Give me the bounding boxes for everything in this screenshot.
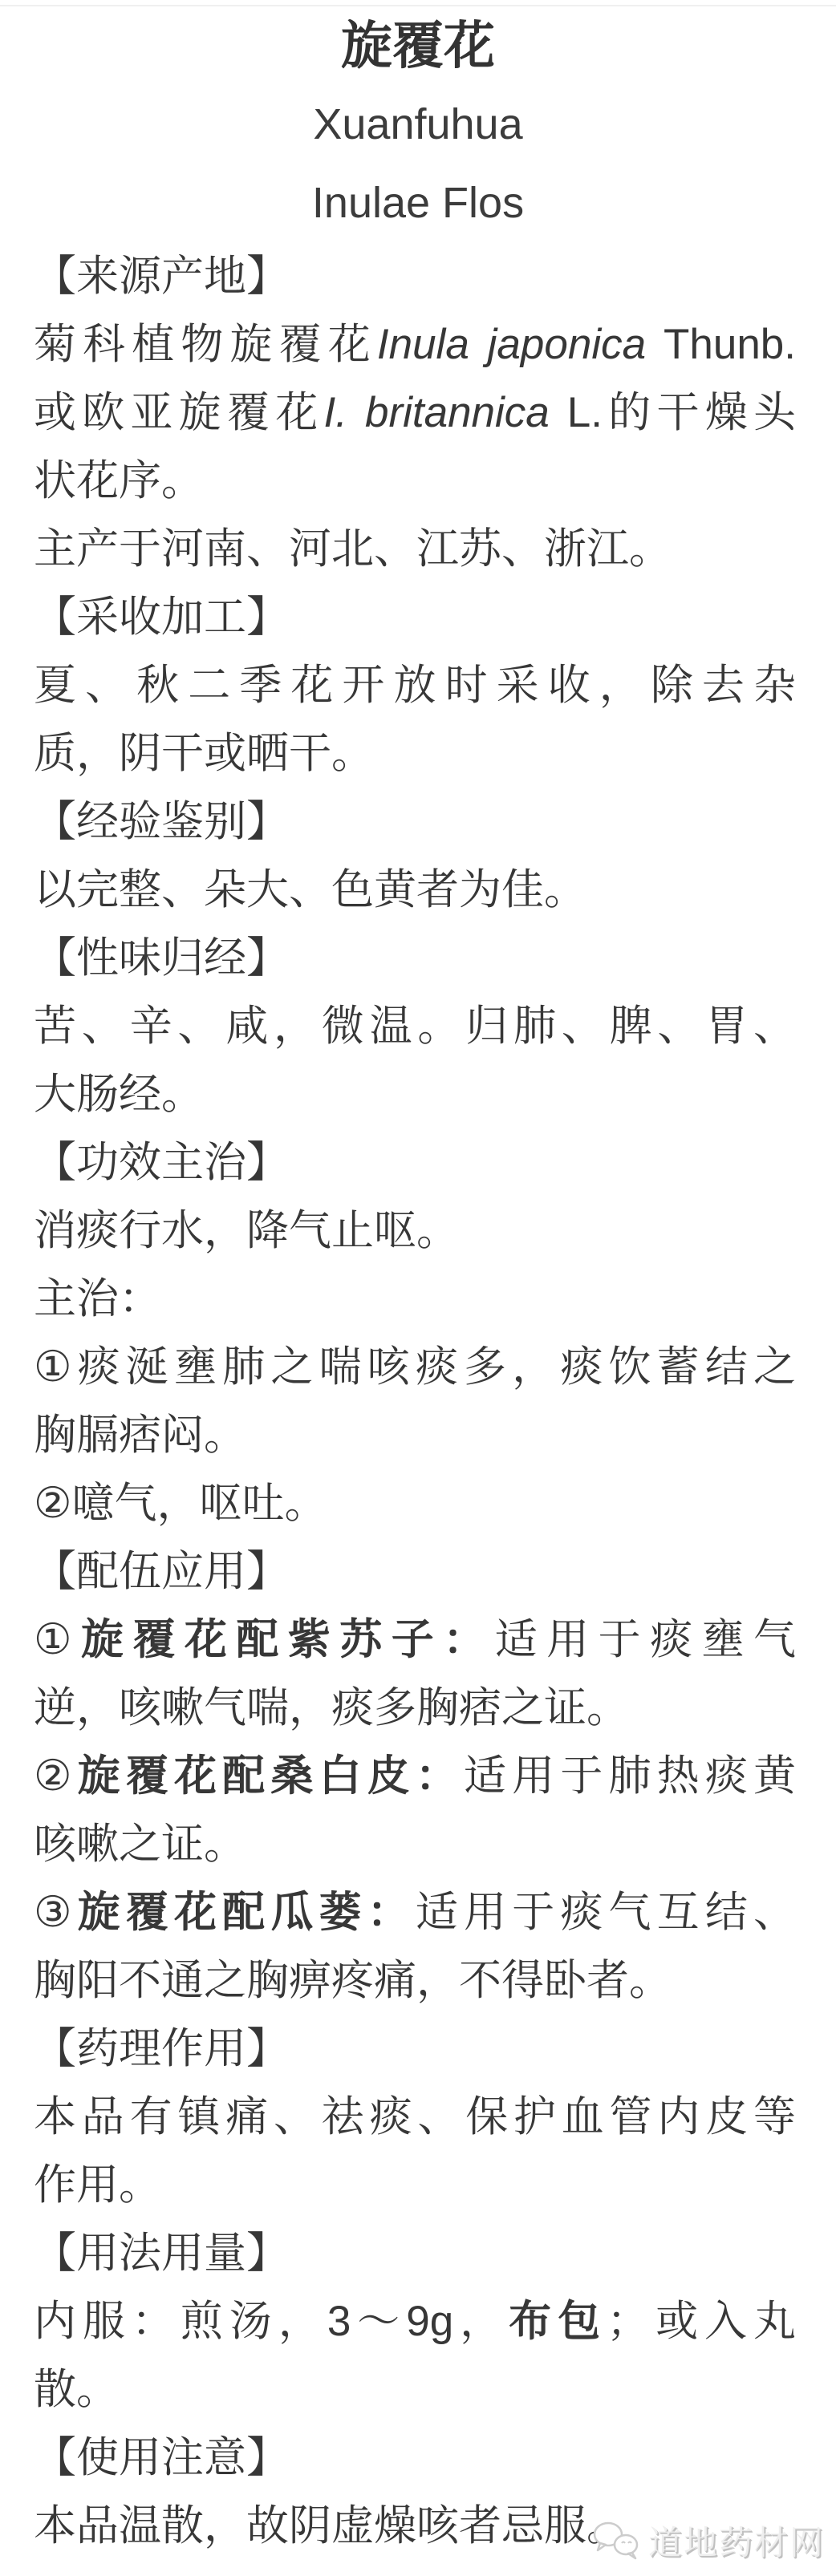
text-segment: ；或入丸 — [607, 2298, 796, 2345]
text-line: ①旋覆花配紫苏子：适用于痰壅气 — [34, 1606, 796, 1674]
article-body: 【来源产地】菊科植物旋覆花Inula japonica Thunb.或欧亚旋覆花… — [0, 242, 836, 2560]
pinyin-subtitle: Xuanfuhua — [0, 85, 836, 164]
text-line: ①痰涎壅肺之喘咳痰多，痰饮蓄结之 — [34, 1333, 796, 1401]
section-header: 【采收加工】 — [34, 583, 796, 651]
text-segment: 大肠经。 — [34, 1071, 204, 1118]
text-line: ②噫气，呕吐。 — [34, 1469, 796, 1537]
text-line: 状花序。 — [34, 447, 796, 515]
text-segment: 【使用注意】 — [34, 2434, 289, 2481]
text-segment: ③ — [34, 1889, 78, 1936]
section-header: 【性味归经】 — [34, 924, 796, 992]
text-segment: 【来源产地】 — [34, 253, 289, 300]
latin-name-subtitle: Inulae Flos — [0, 164, 836, 242]
text-segment: Thunb. — [646, 321, 796, 368]
text-segment: 适用于痰气互结、 — [416, 1889, 796, 1936]
text-segment: 消痰行水，降气止呕。 — [34, 1207, 459, 1254]
text-segment: 【配伍应用】 — [34, 1548, 289, 1595]
section-header: 【功效主治】 — [34, 1128, 796, 1197]
section-header: 【使用注意】 — [34, 2424, 796, 2492]
text-line: 逆，咳嗽气喘，痰多胸痞之证。 — [34, 1674, 796, 1742]
text-segment: 质，阴干或晒干。 — [34, 730, 374, 777]
text-line: 以完整、朵大、色黄者为佳。 — [34, 856, 796, 924]
text-segment: 散。 — [34, 2366, 119, 2413]
text-line: 菊科植物旋覆花Inula japonica Thunb. — [34, 310, 796, 379]
text-line: 苦、辛、咸，微温。归肺、脾、胃、 — [34, 992, 796, 1060]
text-segment: 苦、辛、咸，微温。归肺、脾、胃、 — [34, 1002, 796, 1050]
watermark-text: 道地药材网 — [648, 2517, 825, 2565]
text-segment: 作用。 — [34, 2161, 161, 2209]
text-line: 咳嗽之证。 — [34, 1810, 796, 1878]
text-line: 或欧亚旋覆花I. britannica L.的干燥头 — [34, 379, 796, 447]
text-line: ③旋覆花配瓜蒌：适用于痰气互结、 — [34, 1878, 796, 1946]
text-segment: ① — [34, 1616, 81, 1663]
text-line: 质，阴干或晒干。 — [34, 719, 796, 788]
page-title: 旋覆花 — [0, 6, 836, 85]
text-segment: 咳嗽之证。 — [34, 1821, 246, 1868]
text-segment: L. — [550, 389, 603, 436]
text-segment: 适用于肺热痰黄 — [464, 1752, 796, 1800]
text-line: 夏、秋二季花开放时采收，除去杂 — [34, 651, 796, 719]
text-line: 大肠经。 — [34, 1060, 796, 1128]
text-segment: 主治： — [34, 1275, 161, 1322]
text-segment: 【功效主治】 — [34, 1139, 289, 1186]
top-divider — [0, 5, 836, 6]
text-segment: 布包 — [509, 2298, 607, 2345]
text-line: 内服：煎汤，3～9g，布包；或入丸 — [34, 2287, 796, 2355]
text-segment: 【经验鉴别】 — [34, 798, 289, 845]
text-segment: 或欧亚旋覆花 — [34, 389, 324, 436]
text-segment: 主产于河南、河北、江苏、浙江。 — [34, 525, 672, 573]
text-segment: 本品有镇痛、祛痰、保护血管内皮等 — [34, 2093, 796, 2141]
text-line: 本品有镇痛、祛痰、保护血管内皮等 — [34, 2083, 796, 2151]
text-line: 消痰行水，降气止呕。 — [34, 1197, 796, 1265]
text-segment: 菊科植物旋覆花 — [34, 321, 377, 368]
text-line: ②旋覆花配桑白皮：适用于肺热痰黄 — [34, 1742, 796, 1810]
text-segment: 夏、秋二季花开放时采收，除去杂 — [34, 662, 796, 709]
text-segment: 内服：煎汤，3～9g， — [34, 2298, 509, 2345]
text-segment: ② — [34, 1752, 78, 1800]
text-segment: 【采收加工】 — [34, 593, 289, 641]
section-header: 【来源产地】 — [34, 242, 796, 310]
section-header: 【用法用量】 — [34, 2219, 796, 2287]
text-segment: ①痰涎壅肺之喘咳痰多，痰饮蓄结之 — [34, 1343, 796, 1391]
text-segment: 【用法用量】 — [34, 2230, 289, 2277]
section-header: 【药理作用】 — [34, 2015, 796, 2083]
title-block: 旋覆花 Xuanfuhua Inulae Flos — [0, 0, 836, 242]
watermark: 道地药材网 — [592, 2517, 825, 2565]
text-segment: ②噫气，呕吐。 — [34, 1480, 327, 1527]
text-segment: 适用于痰壅气 — [495, 1616, 796, 1663]
text-segment: 状花序。 — [34, 457, 204, 504]
text-segment: 【药理作用】 — [34, 2025, 289, 2072]
text-segment: 旋覆花配瓜蒌： — [78, 1889, 416, 1936]
section-header: 【经验鉴别】 — [34, 788, 796, 856]
text-segment: 旋覆花配紫苏子： — [81, 1616, 495, 1663]
text-segment: 胸膈痞闷。 — [34, 1412, 246, 1459]
text-segment: 以完整、朵大、色黄者为佳。 — [34, 866, 586, 913]
text-line: 作用。 — [34, 2151, 796, 2219]
text-segment: 胸阳不通之胸痹疼痛，不得卧者。 — [34, 1957, 672, 2004]
text-segment: 本品温散，故阴虚燥咳者忌服。 — [34, 2502, 629, 2550]
text-segment: Inula japonica — [377, 321, 646, 368]
text-segment: I. britannica — [324, 389, 550, 436]
text-line: 主治： — [34, 1265, 796, 1333]
text-line: 主产于河南、河北、江苏、浙江。 — [34, 515, 796, 583]
text-segment: 的干燥头 — [603, 389, 796, 436]
section-header: 【配伍应用】 — [34, 1537, 796, 1606]
text-line: 胸阳不通之胸痹疼痛，不得卧者。 — [34, 1946, 796, 2015]
text-segment: 旋覆花配桑白皮： — [78, 1752, 464, 1800]
text-segment: 【性味归经】 — [34, 934, 289, 982]
text-line: 胸膈痞闷。 — [34, 1401, 796, 1469]
text-line: 散。 — [34, 2355, 796, 2424]
wechat-bubbles-icon — [592, 2520, 643, 2562]
document-page: { "page": { "background": "#ffffff", "te… — [0, 0, 836, 2576]
text-segment: 逆，咳嗽气喘，痰多胸痞之证。 — [34, 1684, 629, 1732]
